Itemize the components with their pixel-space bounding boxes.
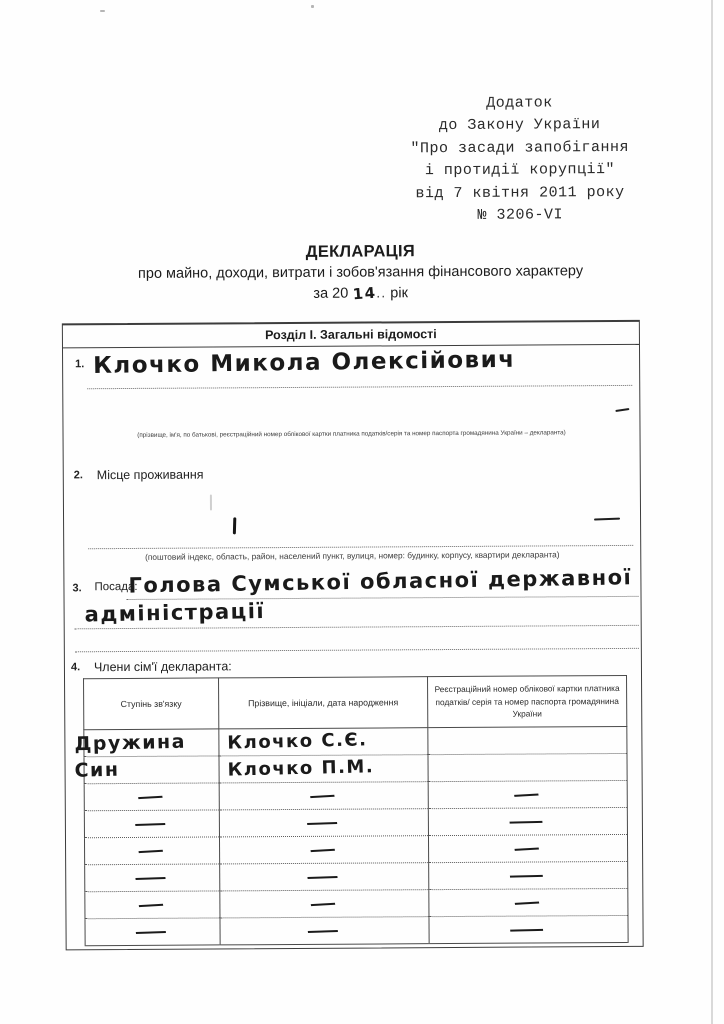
name-value: — bbox=[308, 893, 341, 914]
table-header-row: Ступінь зв'язку Прізвище, ініціали, дата… bbox=[84, 675, 627, 729]
id-value: — bbox=[507, 811, 549, 831]
law-reference-block: Додаток до Закону України "Про засади за… bbox=[375, 92, 664, 228]
relation-value: — bbox=[133, 921, 172, 941]
name-value: — bbox=[308, 839, 341, 860]
table-row: — — — bbox=[84, 780, 627, 810]
name-value: — bbox=[304, 812, 343, 832]
item3-number: 3. bbox=[72, 582, 81, 594]
name-value: — bbox=[307, 785, 340, 806]
col-header-name: Прізвище, ініціали, дата народження bbox=[219, 677, 428, 729]
document-content: Додаток до Закону України "Про засади за… bbox=[0, 0, 724, 1024]
law-ref-line: № 3206-VI bbox=[376, 204, 664, 228]
col-header-tax-id: Реєстраційний номер облікової картки пла… bbox=[428, 675, 627, 727]
item2-label: Місце проживання bbox=[97, 468, 204, 483]
relation-value: Син bbox=[74, 758, 119, 781]
declaration-year-line: за 20 14.. рік bbox=[61, 282, 661, 304]
table-row: — — — bbox=[84, 834, 627, 864]
item4-number: 4. bbox=[71, 661, 80, 673]
scan-speck bbox=[210, 494, 212, 510]
relation-value: — bbox=[135, 786, 168, 807]
item2-number: 2. bbox=[74, 469, 83, 481]
document-title-block: ДЕКЛАРАЦІЯ про майно, доходи, витрати і … bbox=[60, 241, 660, 304]
year-prefix: за 20 bbox=[313, 286, 348, 302]
id-value: — bbox=[507, 865, 549, 885]
year-dots: .. bbox=[376, 285, 386, 301]
law-ref-line: від 7 квітня 2011 року bbox=[376, 181, 664, 205]
law-ref-line: до Закону України bbox=[376, 114, 664, 138]
law-ref-line: "Про засади запобігання bbox=[376, 137, 664, 161]
family-members-table: Ступінь зв'язку Прізвище, ініціали, дата… bbox=[83, 675, 629, 946]
name-value: Клочко П.М. bbox=[227, 756, 374, 780]
relation-value: — bbox=[136, 894, 169, 915]
law-ref-line: і протидії корупції" bbox=[376, 159, 664, 183]
document-subtitle: про майно, доходи, витрати і зобов'язанн… bbox=[60, 263, 660, 283]
law-ref-line: Додаток bbox=[375, 92, 663, 116]
id-value: — bbox=[512, 892, 545, 913]
id-value: — bbox=[508, 919, 550, 939]
pen-mark bbox=[233, 517, 236, 534]
scanned-declaration-page: Додаток до Закону України "Про засади за… bbox=[0, 0, 724, 1024]
item4-label: Члени сім'ї декларанта: bbox=[94, 659, 232, 674]
relation-value: — bbox=[133, 867, 172, 887]
item1-number: 1. bbox=[75, 358, 84, 370]
table-row: — — — bbox=[84, 807, 627, 837]
relation-value: — bbox=[132, 813, 171, 833]
document-title: ДЕКЛАРАЦІЯ bbox=[60, 241, 660, 264]
handwritten-year: 14 bbox=[352, 284, 377, 304]
name-value: Клочко С.Є. bbox=[227, 729, 368, 753]
handwritten-position-line2: адміністрації bbox=[84, 599, 265, 627]
table-row: — — — bbox=[85, 888, 628, 918]
name-value: — bbox=[305, 866, 344, 886]
table-row: Дружина Клочко С.Є. bbox=[84, 726, 627, 756]
relation-value: Дружина bbox=[74, 730, 186, 755]
col-header-relation: Ступінь зв'язку bbox=[84, 678, 219, 730]
id-value: — bbox=[511, 784, 544, 805]
year-suffix: рік bbox=[390, 285, 408, 301]
table-row: — — — bbox=[85, 915, 628, 945]
relation-value: — bbox=[136, 840, 169, 861]
name-value: — bbox=[305, 920, 344, 940]
id-value: — bbox=[512, 838, 545, 859]
section1-title: Розділ I. Загальні відомості bbox=[63, 322, 639, 349]
table-row: Син Клочко П.М. bbox=[84, 753, 627, 783]
table-row: — — — bbox=[85, 861, 628, 891]
